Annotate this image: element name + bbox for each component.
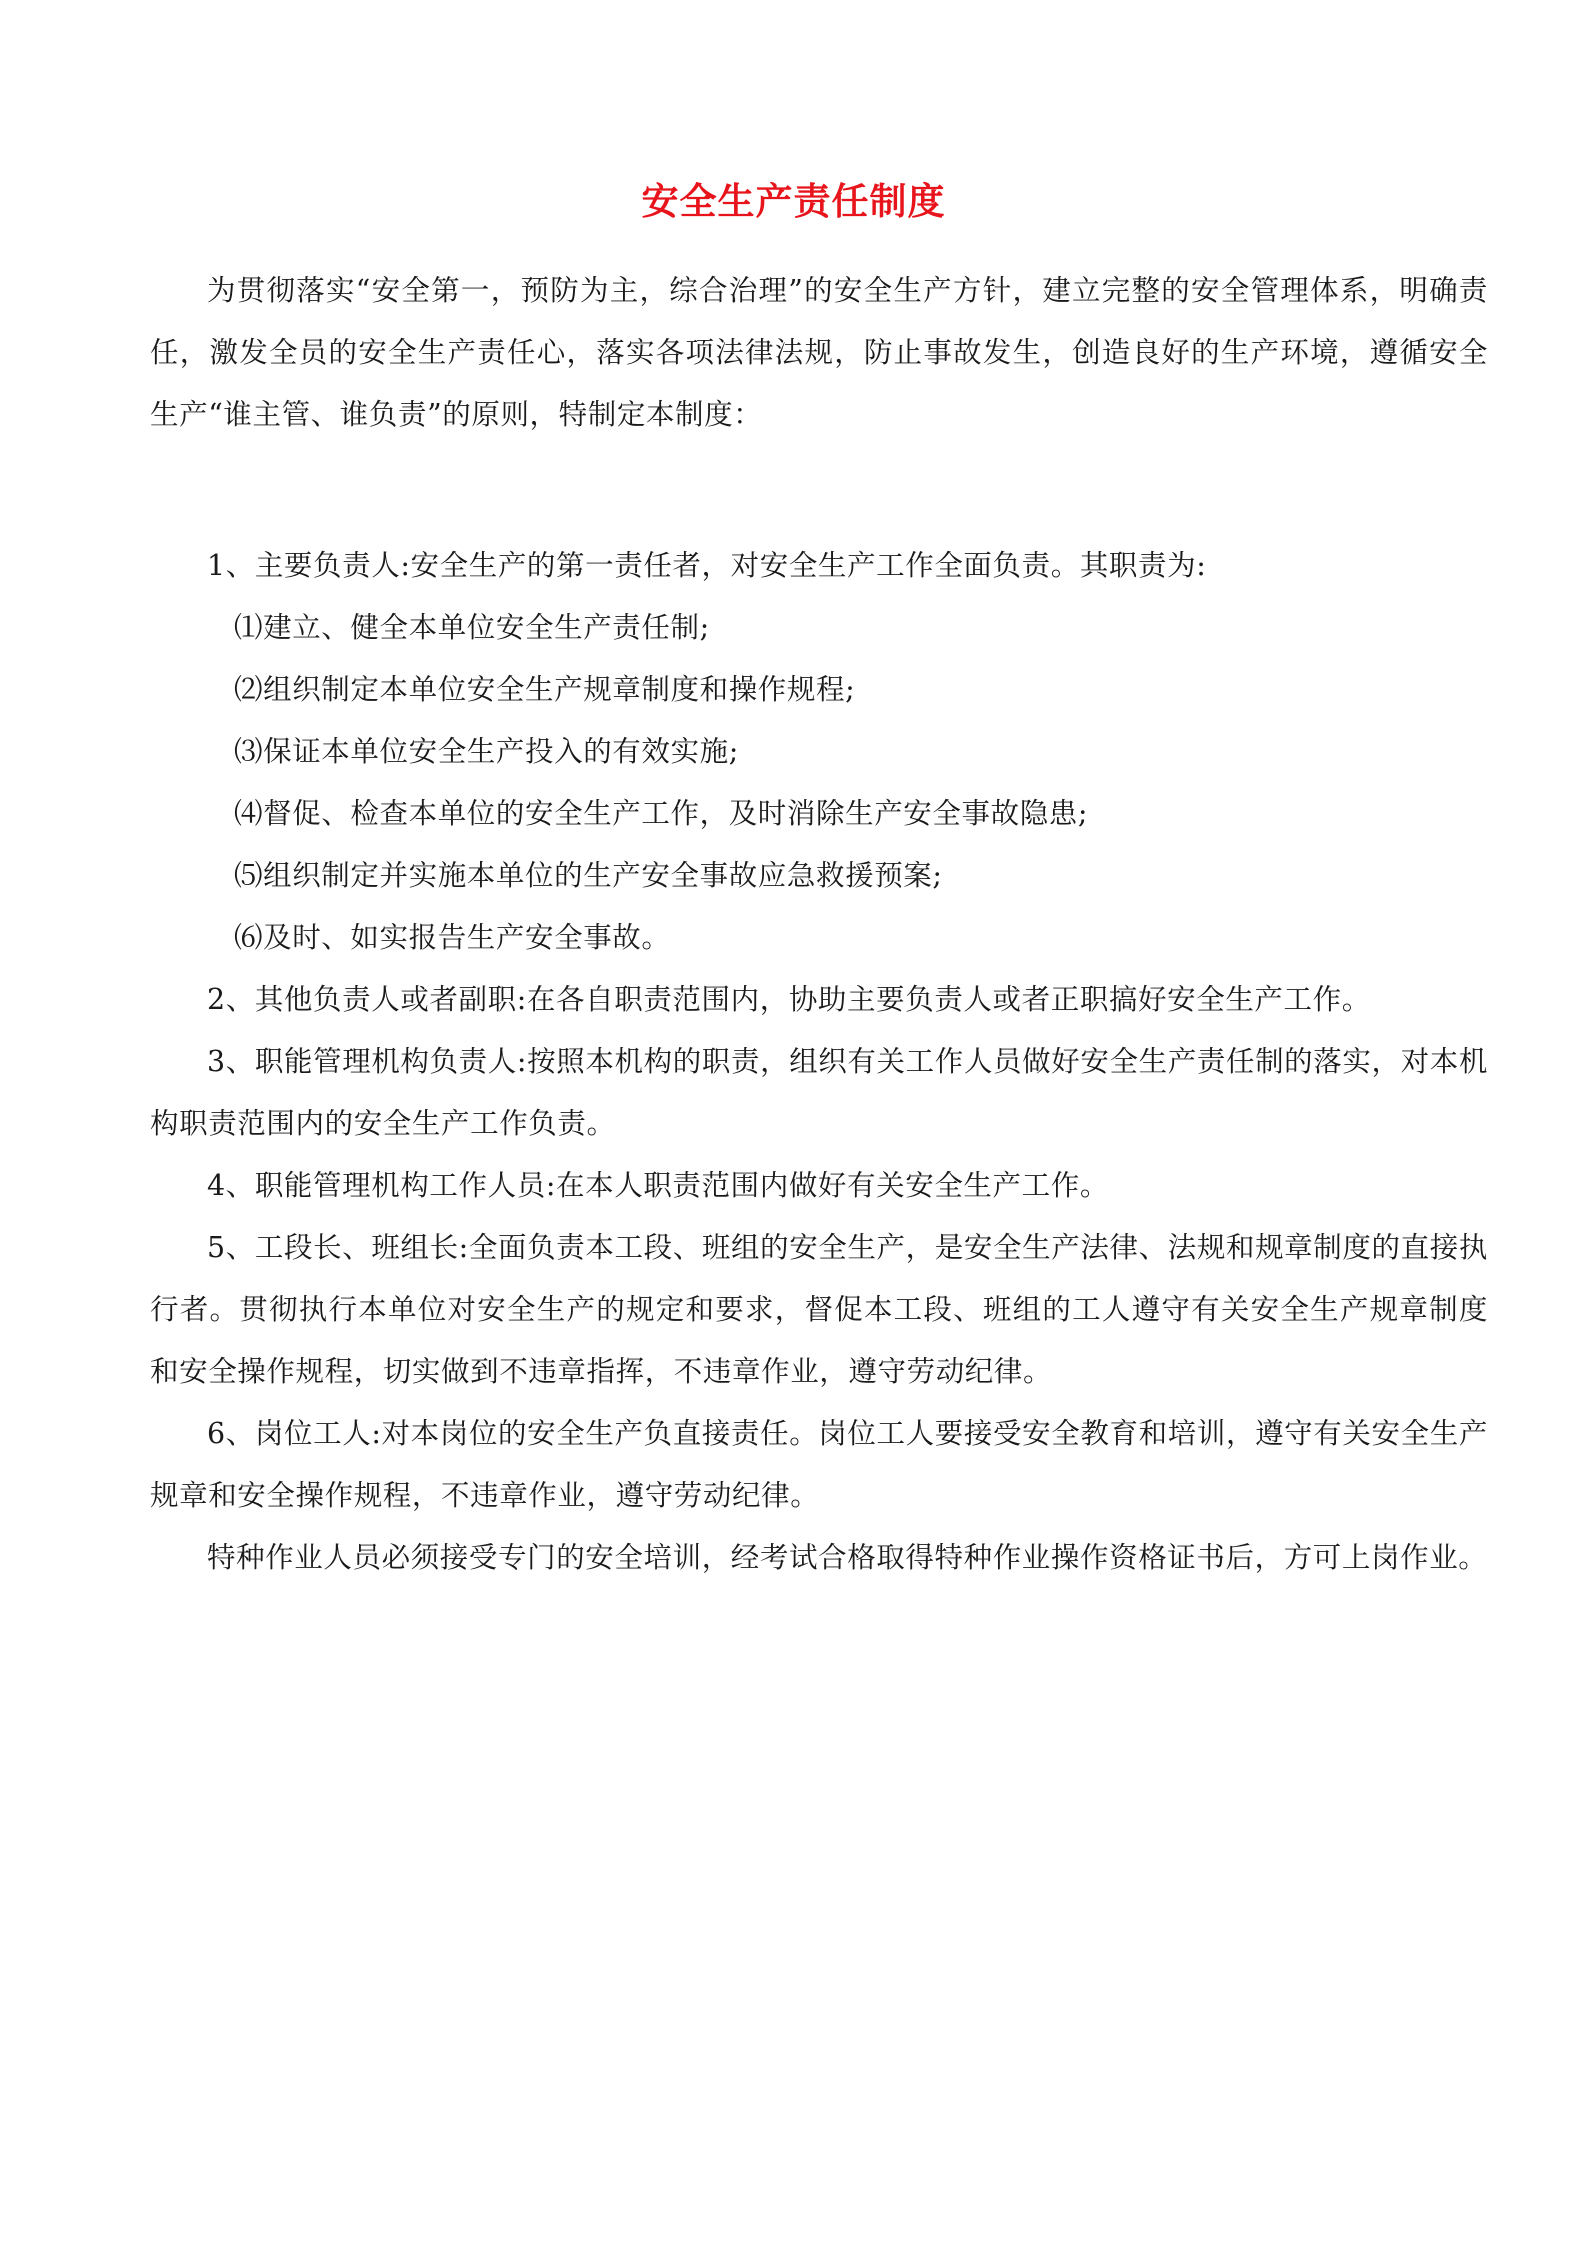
document-title: 安全生产责任制度	[0, 178, 1587, 226]
duty-item-5: ⑸组织制定并实施本单位的生产安全事故应急救援预案;	[150, 845, 1488, 907]
duty-item-1: ⑴建立、健全本单位安全生产责任制;	[150, 597, 1488, 659]
responsibility-list: 1、主要负责人:安全生产的第一责任者，对安全生产工作全面负责。其职责为: ⑴建立…	[150, 535, 1488, 1589]
closing-paragraph: 特种作业人员必须接受专门的安全培训，经考试合格取得特种作业操作资格证书后，方可上…	[150, 1527, 1488, 1589]
section-2-paragraph: 2、其他负责人或者副职:在各自职责范围内，协助主要负责人或者正职搞好安全生产工作…	[150, 969, 1488, 1031]
intro-paragraph: 为贯彻落实“安全第一，预防为主，综合治理”的安全生产方针，建立完整的安全管理体系…	[150, 260, 1488, 446]
section-6-paragraph: 6、岗位工人:对本岗位的安全生产负直接责任。岗位工人要接受安全教育和培训，遵守有…	[150, 1403, 1488, 1527]
document-page: 安全生产责任制度 为贯彻落实“安全第一，预防为主，综合治理”的安全生产方针，建立…	[0, 0, 1587, 2245]
intro-block: 为贯彻落实“安全第一，预防为主，综合治理”的安全生产方针，建立完整的安全管理体系…	[150, 260, 1488, 446]
duty-item-2: ⑵组织制定本单位安全生产规章制度和操作规程;	[150, 659, 1488, 721]
section-1-heading: 1、主要负责人:安全生产的第一责任者，对安全生产工作全面负责。其职责为:	[150, 535, 1488, 597]
section-5-paragraph: 5、工段长、班组长:全面负责本工段、班组的安全生产，是安全生产法律、法规和规章制…	[150, 1217, 1488, 1403]
duty-item-4: ⑷督促、检查本单位的安全生产工作，及时消除生产安全事故隐患;	[150, 783, 1488, 845]
section-4-paragraph: 4、职能管理机构工作人员:在本人职责范围内做好有关安全生产工作。	[150, 1155, 1488, 1217]
section-3-paragraph: 3、职能管理机构负责人:按照本机构的职责，组织有关工作人员做好安全生产责任制的落…	[150, 1031, 1488, 1155]
duty-item-6: ⑹及时、如实报告生产安全事故。	[150, 907, 1488, 969]
duty-item-3: ⑶保证本单位安全生产投入的有效实施;	[150, 721, 1488, 783]
